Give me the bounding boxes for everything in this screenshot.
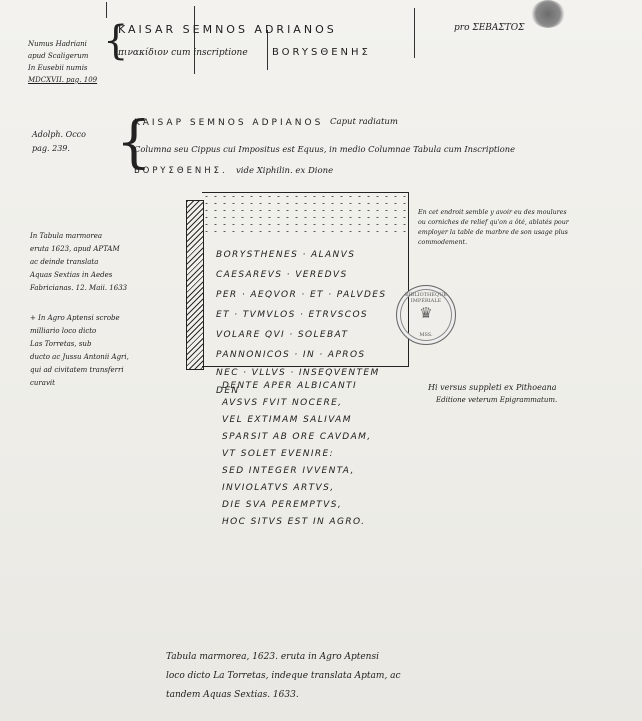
- vertical-stroke: [106, 2, 107, 18]
- margin-line: ac deinde translata: [30, 256, 127, 269]
- greek-title-line-1: KAISAR SEMNOS ADRIANOS: [118, 23, 337, 36]
- stamp-footer: MSS.: [397, 332, 455, 338]
- inscription-line: NEC · VLLVS · INSEQVENTEM: [216, 368, 380, 378]
- margin-line: Fabricianas. 12. Maii. 1633: [30, 282, 127, 295]
- margin-line: + In Agro Aptensi scrobe: [30, 312, 129, 325]
- ink-stain: [531, 0, 565, 28]
- verse-line: SED INTEGER IVVENTA,: [222, 463, 372, 480]
- tablet-moulding-dots: [202, 192, 409, 233]
- dotted-divider: [267, 30, 268, 70]
- margin-line: Numus Hadriani: [28, 38, 97, 50]
- inscription-line: PER · AEQVOR · ET · PALVDES: [216, 290, 387, 300]
- note-line: Editione veterum Epigrammatum.: [428, 394, 557, 406]
- inscription-line: BORYSTHENES · ALANVS: [216, 250, 355, 260]
- inscription-line: CAESAREVS · VEREDVS: [216, 270, 348, 280]
- greek-title-line-2-word: BORYSΘENHΣ: [272, 47, 371, 58]
- french-note: En cet endroit semble y avoir eu des mou…: [418, 208, 569, 248]
- verse-line: VT SOLET EVENIRE:: [222, 446, 372, 463]
- verse-line: SPARSIT AB ORE CAVDAM,: [222, 429, 372, 446]
- xiphilin-ref: vide Xiphilin. ex Dione: [236, 166, 333, 176]
- supplied-verses: DENTE APER ALBICANTI AVSVS FVIT NOCERE, …: [222, 378, 372, 531]
- header-bracket-line: [414, 8, 415, 58]
- borysthenes-greek: BOPYΣΘENHΣ.: [134, 166, 228, 176]
- verses-note: Hi versus suppleti ex Pithoeana Editione…: [428, 382, 557, 406]
- verse-line: DENTE APER ALBICANTI: [222, 378, 372, 395]
- library-stamp: BIBLIOTHÈQUE IMPÉRIALE ♛ MSS.: [396, 285, 456, 345]
- verse-line: VEL EXTIMAM SALIVAM: [222, 412, 372, 429]
- margin-note-top-left: Numus Hadriani apud Scaligerum In Eusebi…: [28, 38, 97, 86]
- marble-tablet-drawing: BORYSTHENES · ALANVS CAESAREVS · VEREDVS…: [186, 192, 410, 368]
- note-line: Hi versus suppleti ex Pithoeana: [428, 382, 557, 394]
- verse-line: AVSVS FVIT NOCERE,: [222, 395, 372, 412]
- note-line: Tabula marmorea, 1623. eruta in Agro Apt…: [166, 648, 401, 667]
- footer-note: Tabula marmorea, 1623. eruta in Agro Apt…: [166, 648, 401, 705]
- margin-note-tabula: In Tabula marmorea eruta 1623, apud APTA…: [30, 230, 127, 295]
- margin-line: In Tabula marmorea: [30, 230, 127, 243]
- margin-line: eruta 1623, apud APTAM: [30, 243, 127, 256]
- margin-line: ducto ac Jussu Antonii Agri,: [30, 351, 129, 364]
- verse-line: INVIOLATVS ARTVS,: [222, 480, 372, 497]
- note-line: tandem Aquas Sextias. 1633.: [166, 686, 401, 705]
- note-line: ou corniches de relief qu'on a ôté, abla…: [418, 218, 569, 228]
- greek-line-second: KAISAP SEMNOS ADPIANOS: [134, 118, 323, 128]
- greek-title-line-2-prefix: πινακίδιον cum inscriptione: [118, 48, 248, 58]
- inscription-line: ET · TVMVLOS · ETRVSCOS: [216, 310, 368, 320]
- margin-note-agro: + In Agro Aptensi scrobe milliario loco …: [30, 312, 129, 390]
- note-line: commodement.: [418, 238, 569, 248]
- note-line: En cet endroit semble y avoir eu des mou…: [418, 208, 569, 218]
- stamp-legend: BIBLIOTHÈQUE IMPÉRIALE: [397, 292, 455, 304]
- margin-line: apud Scaligerum: [28, 50, 97, 62]
- margin-line: MDCXVII. pag. 109: [28, 74, 97, 86]
- inscription-line: PANNONICOS · IN · APROS: [216, 350, 366, 360]
- eagle-emblem-icon: ♛: [417, 304, 435, 324]
- margin-line: qui ad civitatem transferri: [30, 364, 129, 377]
- margin-line: Aquas Sextias in Aedes: [30, 269, 127, 282]
- caput-radiatum-note: Caput radiatum: [330, 117, 398, 127]
- margin-line: curavit: [30, 377, 129, 390]
- margin-line: pag. 239.: [32, 142, 86, 156]
- margin-line: milliario loco dicto: [30, 325, 129, 338]
- header-right-note: pro ΣEBAΣTOΣ: [454, 23, 525, 33]
- margin-line: Adolph. Occo: [32, 128, 86, 142]
- margin-line: In Eusebii numis: [28, 62, 97, 74]
- note-line: employer la table de marbre de son usage…: [418, 228, 569, 238]
- margin-ref-occo: Adolph. Occo pag. 239.: [32, 128, 86, 156]
- inscription-line: VOLARE QVI · SOLEBAT: [216, 330, 348, 340]
- columna-description: Columna seu Cippus cui Impositus est Equ…: [134, 144, 515, 154]
- manuscript-page: { KAISAR SEMNOS ADRIANOS πινακίδιον cum …: [0, 0, 642, 721]
- verse-line: DIE SVA PEREMPTVS,: [222, 497, 372, 514]
- margin-line: Las Torretas, sub: [30, 338, 129, 351]
- note-line: loco dicto La Torretas, indeque translat…: [166, 667, 401, 686]
- verse-line: HOC SITVS EST IN AGRO.: [222, 514, 372, 531]
- dotted-divider: [194, 6, 195, 74]
